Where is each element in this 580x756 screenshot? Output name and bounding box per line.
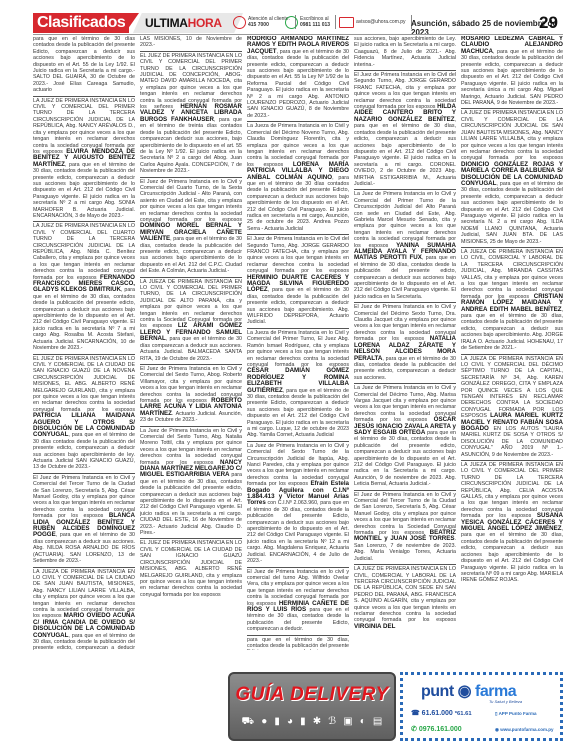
legal-notice: El Juez de Primera Instancia en lo Civil… bbox=[354, 70, 456, 187]
legal-notice: EL JUEZ DE PRIMERA INSTANCIA EN LO CIVIL… bbox=[33, 354, 135, 471]
column-2: LAS MISIONES, 10 de Noviembre de 2023.-E… bbox=[140, 36, 242, 650]
ad-title: GUÍA DELIVERY bbox=[230, 684, 394, 706]
legal-notice: La Juez de Primera Instancia en lo Civil… bbox=[354, 383, 456, 488]
legal-notice: El Juez de Primera Instancia en lo Civil… bbox=[140, 177, 242, 275]
legal-notice: La Juez de Primera Instancia en lo Civil… bbox=[247, 441, 349, 565]
column-1: para que en el término de 30 días contad… bbox=[33, 36, 135, 650]
legal-notice: El Juez de Primera Instancia en lo civil… bbox=[247, 567, 349, 633]
legal-notice: LAS MISIONES, 10 de Noviembre de 2023.- bbox=[140, 36, 242, 49]
legal-notice: ROSARIO LEDEZMA CABRAL Y CLAUDIO ALEJAND… bbox=[461, 36, 563, 106]
phone-number-2: ✆ 0976.161.000 bbox=[411, 725, 462, 733]
column-5: ROSARIO LEDEZMA CABRAL Y CLAUDIO ALEJAND… bbox=[461, 36, 563, 650]
puntofarma-ad[interactable]: punt ◉ farma Tu Salud y Belleza ☎ 61.61.… bbox=[400, 672, 563, 741]
guia-delivery-ad[interactable]: GUÍA DELIVERY ⛟ ● ▮ ◕ ▮ ✱ ℬ ▣ ◐ ▤ bbox=[228, 672, 396, 741]
medical-icon: ✱ bbox=[313, 716, 321, 729]
app-link[interactable]: ▯ APP Punto Farma bbox=[495, 711, 537, 717]
puntofarma-logo: punt ◉ farma bbox=[421, 681, 516, 701]
legal-notice: El Juez de Primera Instancia en lo Civil… bbox=[33, 473, 135, 565]
legal-notice: LA JUEZA DE PRIMERA INSTANCIA EN LO CIVI… bbox=[33, 567, 135, 651]
phone-number-1: ☎ 61.61.000 *61.61 bbox=[411, 709, 472, 717]
contact-whatsapp: Escríbinos al0981 111 013 bbox=[285, 15, 336, 29]
legal-notice: LA JUEZA DE PRIMERA INSTANCIA EN LO CIVI… bbox=[461, 247, 563, 352]
cart-icon: ▤ bbox=[373, 716, 382, 729]
page-header: Clasificados ULTIMAHORA Atención al clie… bbox=[33, 13, 563, 33]
puntofarma-tagline: Tu Salud y Belleza bbox=[489, 699, 522, 704]
legal-notice: LA JUEZ DE PRIMERA INSTANCIA EN LO CIVIL… bbox=[33, 96, 135, 220]
phone-icon bbox=[233, 16, 246, 29]
whatsapp-icon bbox=[285, 16, 298, 29]
legal-notice: para que en el término de 30 días contad… bbox=[33, 36, 135, 94]
website-link[interactable]: ◉ www.puntofarma.com.py bbox=[495, 727, 554, 733]
page-number: 29 bbox=[539, 13, 558, 33]
shopping-bag-icon: ▮ bbox=[300, 716, 306, 729]
stethoscope-icon: ℬ bbox=[328, 716, 336, 729]
column-4: sus acciones, bajo apercibimiento de Ley… bbox=[354, 36, 456, 650]
legal-notice: El Juez de Primera Instancia en lo Civil… bbox=[354, 302, 456, 381]
legal-notice: LA JUEZ DE PRIMERA INSTANCIA EN LO CIVIL… bbox=[33, 221, 135, 351]
bag-icon: ▮ bbox=[274, 716, 280, 729]
contact-email[interactable]: avisos@uhora.com.py bbox=[339, 15, 412, 29]
legal-notice: RODRIGO ARMANDO MARTÍNEZ RAMOS Y EDITH P… bbox=[247, 36, 349, 119]
first-aid-icon: ▣ bbox=[343, 716, 352, 729]
food-icon: ● bbox=[261, 716, 267, 729]
legal-notice: para que en el término de 30 días, conta… bbox=[247, 635, 349, 650]
legal-notice: sus acciones, bajo apercibimiento de Ley… bbox=[354, 36, 456, 68]
legal-notice: El Juez de Primera Instancia en lo Civil… bbox=[354, 490, 456, 562]
salad-icon: ◕ bbox=[287, 716, 293, 729]
header-divider bbox=[33, 34, 563, 35]
legal-notice: La Jueza de Primera Instancia en lo Civi… bbox=[247, 121, 349, 232]
truck-icon: ⛟ bbox=[242, 716, 255, 729]
legal-notice: El Juez de Primera Instancia en lo Civil… bbox=[140, 364, 242, 424]
legal-notice: EL JUEZ DE PRIMERA INSTANCIA EN LO CIVIL… bbox=[140, 538, 242, 598]
mail-icon bbox=[339, 17, 354, 28]
legal-notice: El Juez de Primera Instancia en lo Civil… bbox=[247, 234, 349, 326]
legal-notice: La Jueza de Primera Instancia en lo Civi… bbox=[247, 328, 349, 439]
column-3: RODRIGO ARMANDO MARTÍNEZ RAMOS Y EDITH P… bbox=[247, 36, 349, 650]
delivery-icons: ⛟ ● ▮ ◕ ▮ ✱ ℬ ▣ ◐ ▤ bbox=[238, 716, 386, 729]
newspaper-logo: ULTIMAHORA bbox=[145, 16, 222, 30]
legal-notice: LA JUEZA DE PRIMERA INSTANCIA EN LO CIVI… bbox=[461, 354, 563, 459]
section-title: Clasificados bbox=[33, 13, 129, 33]
classifieds-columns: para que en el término de 30 días contad… bbox=[33, 36, 563, 650]
pill-icon: ◐ bbox=[360, 716, 366, 729]
legal-notice: LA JUEZ DE PRIMERA INSTANCIA EN LO CIVIL… bbox=[461, 108, 563, 245]
spouse-names: VIRGINIA DEL bbox=[354, 623, 395, 630]
legal-notice: LA JUEZ DE PRIMERA INSTANCIA EN LO CIVIL… bbox=[354, 564, 456, 630]
legal-notice: LA JUEZA DE PRIMERA INSTANCIA EN LO CIVI… bbox=[461, 460, 563, 584]
legal-notice: La Juez de Primera Instancia en lo Civil… bbox=[354, 189, 456, 300]
legal-notice: LA JUEZA DE PRIMERA INSTANCIA EN LO CIVI… bbox=[140, 277, 242, 362]
legal-notice: EL JUEZ DE PRIMERA INSTANCIA EN LO CIVIL… bbox=[140, 51, 242, 175]
legal-notice: La Juez de Primera Instancia en lo Civil… bbox=[140, 426, 242, 537]
